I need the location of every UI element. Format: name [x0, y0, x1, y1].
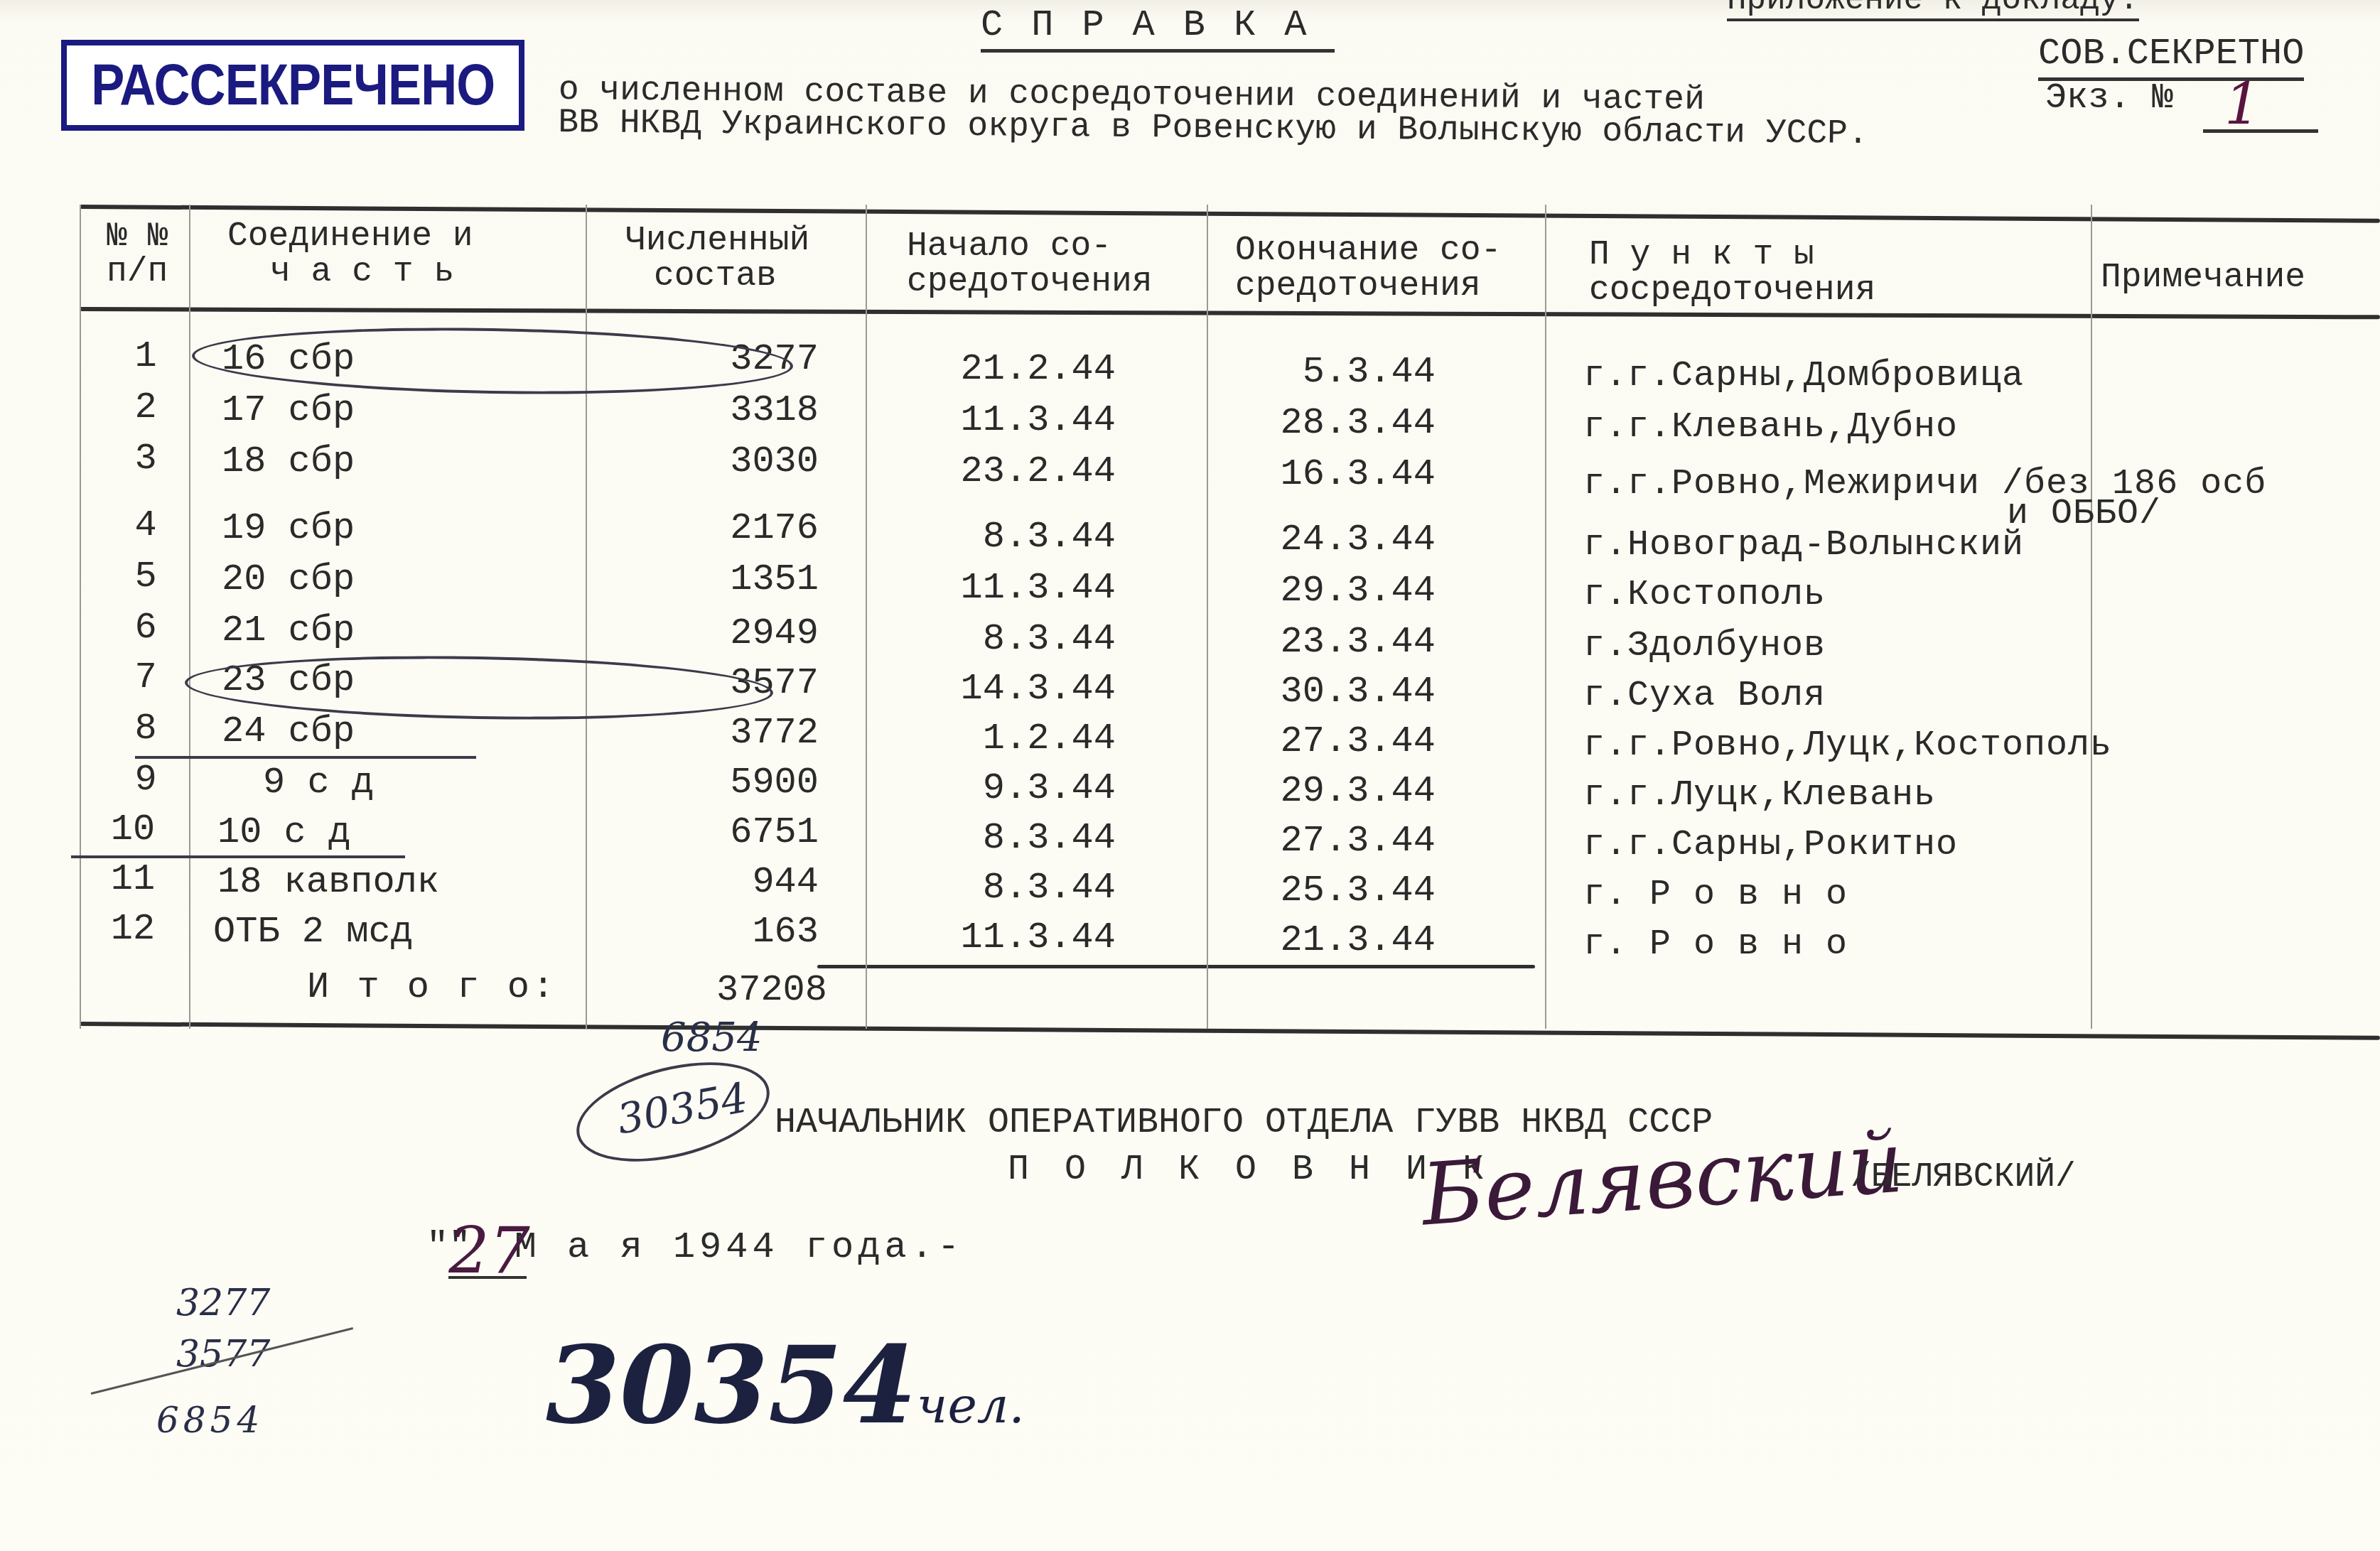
- total-value: 37208: [685, 971, 827, 1010]
- table-bottom-rule: [80, 1022, 2380, 1040]
- document-subtitle: о численном составе и сосредоточении сое…: [558, 74, 1868, 151]
- subtitle-line-2: ВВ НКВД Украинского округа в Ровенскую и…: [558, 107, 1868, 151]
- row-unit: 10 с д: [217, 813, 350, 853]
- row-start-date: 11.3.44: [931, 568, 1116, 608]
- row-end-date: 29.3.44: [1251, 571, 1436, 611]
- row-end-date: 30.3.44: [1251, 672, 1436, 712]
- row-unit: 18 кавполк: [217, 863, 439, 902]
- row-unit: ОТБ 2 мсд: [213, 912, 413, 952]
- row-end-date: 16.3.44: [1251, 455, 1436, 495]
- header-place: П у н к т ы сосредоточения: [1589, 237, 1875, 308]
- row-number: 12: [87, 909, 179, 949]
- header-place-line2: сосредоточения: [1589, 273, 1875, 308]
- row-end-date: 21.3.44: [1251, 921, 1436, 961]
- handwritten-final-total: 30354чел.: [546, 1323, 1025, 1448]
- row-count: 6751: [677, 813, 819, 853]
- header-count-line1: Численный: [625, 223, 809, 259]
- row-unit: 19 сбр: [222, 509, 355, 548]
- col-divider: [1207, 205, 1208, 1029]
- row-end-date: 27.3.44: [1251, 722, 1436, 762]
- row-start-date: 11.3.44: [931, 918, 1116, 958]
- row-start-date: 11.3.44: [931, 401, 1116, 441]
- row-end-date: 5.3.44: [1251, 352, 1436, 392]
- row-place: г.г.Луцк,Клевань: [1583, 776, 1936, 816]
- header-start-line2: средоточения: [907, 264, 1153, 300]
- col-divider: [586, 205, 587, 1029]
- row-place: г. Р о в н о: [1583, 875, 1848, 915]
- header-number-line1: № №: [107, 219, 185, 254]
- row-start-date: 8.3.44: [931, 620, 1116, 659]
- document-title: СПРАВКА: [981, 4, 1335, 53]
- row-place: г.г.Ровно,Луцк,Костополь: [1583, 726, 2112, 766]
- row-place: г.г.Ровно,Межиричи /без 186 осб: [1583, 465, 2266, 504]
- row-place: г.Новоград-Волынский: [1583, 526, 2024, 566]
- date-month-year: М а я 1944 года.-: [515, 1226, 964, 1268]
- row-number: 6: [99, 608, 192, 648]
- row-count: 5900: [677, 763, 819, 803]
- signatory-name: /БЕЛЯВСКИЙ/: [1851, 1158, 2076, 1196]
- row-number: 2: [99, 388, 192, 428]
- row-number: 11: [87, 860, 179, 899]
- row-place: г.г.Клевань,Дубно: [1583, 408, 1958, 448]
- row-place: г.г.Сарны,Рокитно: [1583, 826, 1958, 865]
- row-count: 2176: [677, 509, 819, 548]
- header-end-line2: средоточения: [1235, 269, 1501, 304]
- col-divider: [1545, 205, 1546, 1029]
- col-divider: [2091, 205, 2092, 1029]
- margin-calc-addend-1: 3277: [176, 1282, 270, 1324]
- row-place: г.Здолбунов: [1583, 627, 1826, 666]
- classification-label: СОВ.СЕКРЕТНО: [2038, 33, 2304, 81]
- row-start-date: 8.3.44: [931, 868, 1116, 908]
- header-start: Начало со- средоточения: [907, 229, 1153, 300]
- row-place: г.Костополь: [1583, 575, 1826, 615]
- copy-number-underline: [2203, 129, 2318, 133]
- declassified-stamp-text: РАССЕКРЕЧЕНО: [91, 52, 495, 119]
- row-end-date: 23.3.44: [1251, 622, 1436, 662]
- final-total-value: 30354: [546, 1323, 917, 1448]
- row-start-date: 8.3.44: [931, 818, 1116, 858]
- row-number: 5: [99, 557, 192, 597]
- header-end: Окончание со- средоточения: [1235, 233, 1501, 304]
- appendix-note: Приложение к докладу.: [1727, 0, 2139, 21]
- row-unit: 20 сбр: [222, 560, 355, 600]
- row-count: 3030: [677, 442, 819, 482]
- header-unit-line1: Соединение и: [227, 219, 473, 254]
- group-separator-line: [135, 756, 476, 759]
- row-place: г. Р о в н о: [1583, 925, 1848, 965]
- row-count: 944: [677, 863, 819, 902]
- row-count: 163: [677, 912, 819, 952]
- row-end-date: 25.3.44: [1251, 871, 1436, 911]
- circled-row-annotation: [191, 323, 793, 399]
- row-start-date: 8.3.44: [931, 517, 1116, 557]
- row-end-date: 27.3.44: [1251, 821, 1436, 861]
- header-bottom-rule: [80, 307, 2380, 319]
- date-quote-open: ": [426, 1226, 448, 1268]
- row-start-date: 21.2.44: [931, 350, 1116, 389]
- date-line: "27" М а я 1944 года.-: [426, 1226, 964, 1268]
- header-note: Примечание: [2101, 260, 2305, 296]
- row-count: 3318: [677, 391, 819, 431]
- final-total-unit: чел.: [917, 1376, 1025, 1434]
- row-end-date: 29.3.44: [1251, 772, 1436, 811]
- row-number: 1: [99, 337, 192, 377]
- row-number: 3: [99, 439, 192, 479]
- row-unit: 9 с д: [263, 763, 374, 803]
- col-divider: [80, 205, 81, 1029]
- row-start-date: 23.2.44: [931, 452, 1116, 492]
- header-unit: Соединение и ч а с т ь: [227, 219, 473, 290]
- last-row-rule: [817, 965, 1535, 968]
- row-start-date: 1.2.44: [931, 719, 1116, 759]
- date-day-handwritten: 27: [448, 1226, 527, 1279]
- row-number: 10: [87, 810, 179, 850]
- document-page: РАССЕКРЕЧЕНО Приложение к докладу. СПРАВ…: [0, 0, 2380, 1551]
- row-end-date: 28.3.44: [1251, 404, 1436, 443]
- row-number: 9: [99, 760, 192, 800]
- header-place-line1: П у н к т ы: [1589, 237, 1875, 273]
- row-start-date: 9.3.44: [931, 769, 1116, 809]
- row-place: г.г.Сарны,Домбровица: [1583, 357, 2024, 396]
- row-number: 7: [99, 658, 192, 698]
- row-count: 3772: [677, 713, 819, 753]
- col-divider: [866, 205, 867, 1029]
- header-count-line2: состав: [625, 259, 809, 294]
- row-place-continued: и ОББО/: [2007, 495, 2161, 534]
- declassified-stamp: РАССЕКРЕЧЕНО: [61, 40, 524, 131]
- header-number: № № п/п: [107, 219, 185, 290]
- row-place: г.Суха Воля: [1583, 676, 1826, 716]
- header-end-line1: Окончание со-: [1235, 233, 1501, 269]
- group-separator-line: [71, 855, 405, 858]
- row-start-date: 14.3.44: [931, 669, 1116, 709]
- concentration-table: № № п/п Соединение и ч а с т ь Численный…: [71, 205, 2380, 1030]
- row-unit: 24 сбр: [222, 712, 355, 752]
- total-label: И т о г о:: [307, 968, 557, 1007]
- row-end-date: 24.3.44: [1251, 520, 1436, 560]
- header-number-line2: п/п: [107, 254, 185, 290]
- row-count: 2949: [677, 614, 819, 654]
- row-unit: 21 сбр: [222, 611, 355, 651]
- header-start-line1: Начало со-: [907, 229, 1153, 264]
- copy-number: 1: [2224, 71, 2261, 137]
- copy-label: Экз. №: [2045, 78, 2173, 119]
- row-unit: 17 сбр: [222, 391, 355, 431]
- row-number: 8: [99, 709, 192, 749]
- margin-calc-result: 6854: [156, 1400, 264, 1441]
- header-unit-line2: ч а с т ь: [227, 254, 473, 290]
- header-count: Численный состав: [625, 223, 809, 294]
- row-count: 1351: [677, 560, 819, 600]
- handwritten-subtotal: 6854: [661, 1015, 763, 1061]
- row-number: 4: [99, 506, 192, 546]
- row-unit: 18 сбр: [222, 442, 355, 482]
